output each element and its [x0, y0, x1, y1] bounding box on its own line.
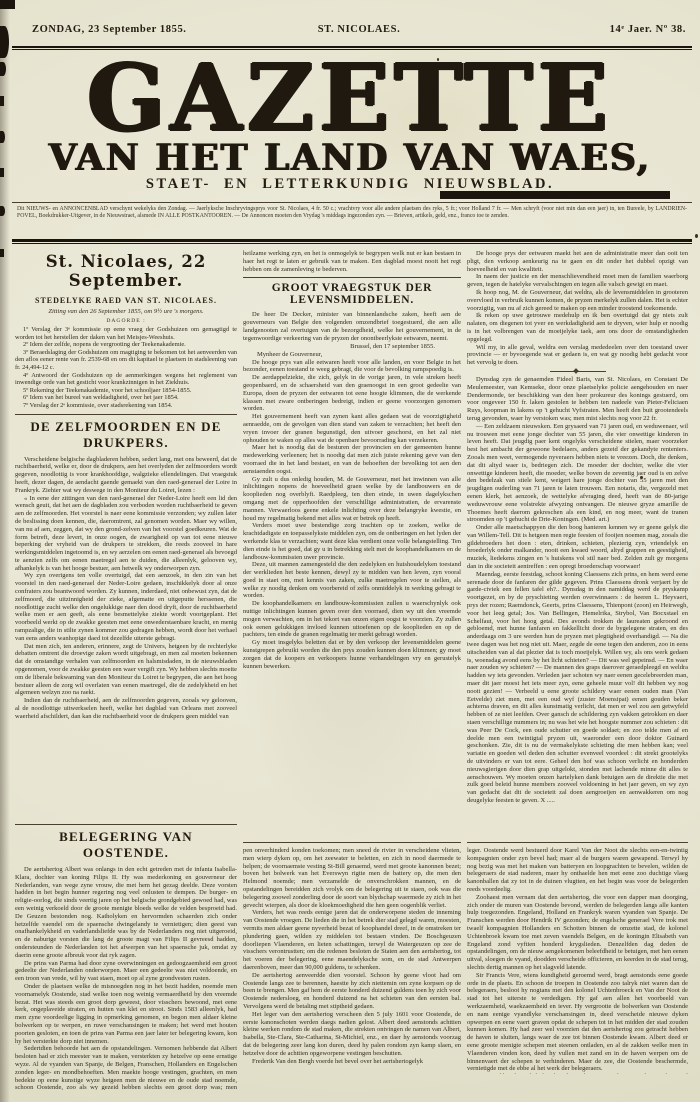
letter-paragraph: De hooge prys der eetwaren maekt het aen… [467, 250, 688, 273]
section-divider [467, 842, 688, 843]
article-paragraph: Wy zyn overigens ten volle overtuigd, da… [15, 572, 237, 642]
letter-paragraph: Het gouvernement heeft van zynen kant al… [243, 413, 461, 444]
column-left-top: St. Nicolaes, 22 September. STEDELYKE RA… [15, 250, 237, 820]
siege-article-middle: pen onverhinderd konden toekomen; men sn… [243, 838, 461, 1082]
agenda-item: 6º Idem van het bureel van weldadigheid,… [15, 394, 237, 402]
column-middle-top: heilzame werking zyn, en het is onmogely… [243, 250, 461, 838]
header-date: ZONDAG, 23 September 1855. [32, 24, 250, 35]
article-paragraph: « In eene der zittingen van den raed-gen… [15, 495, 237, 573]
article-paragraph: Verscheidene belgische dagbladeren hebbe… [15, 456, 237, 495]
article-paragraph: Indien dan de ruchtbaerheid, aen de zelf… [15, 697, 237, 720]
agenda-label: DAGORDE : [15, 318, 237, 324]
letter-paragraph: Ik hoop nog, M. de Gouverneur, dat weldr… [467, 289, 688, 312]
dateline-heading: St. Nicolaes, 22 September. [15, 252, 237, 290]
letter-paragraph: De aerdappelziekte, die zich, gelyk in d… [243, 374, 461, 413]
subscription-notice: Dit NIEUWS- en ANNONCENBLAD verschynt we… [12, 202, 692, 238]
article-paragraph: Frederik Van den Bergh voerde het bevel … [243, 1058, 461, 1066]
suicides-article-body: Verscheidene belgische dagbladeren hebbe… [15, 456, 237, 721]
letter-dateline: Brussel, den 17 september 1855. [243, 343, 461, 351]
news-item: — Een zeldzaem nieuwsken. Een grysaerd v… [467, 423, 688, 524]
letter-paragraph: In naem der justicie en der menschlieven… [467, 273, 688, 289]
food-article-intro: De heer De Decker, minister van binnenla… [243, 311, 461, 342]
section-divider [243, 277, 461, 278]
agenda-list: 1º Verslag der 3ᵉ kommissie op eene vrae… [15, 326, 237, 410]
letter-paragraph: Deze, uit mannen zamengesteld die den ze… [243, 561, 461, 600]
siege-article-body-left: De aertshertog Albert was onlangs in den… [15, 866, 237, 1090]
article-paragraph: Het leger van den aertshertog verscheen … [243, 1011, 461, 1058]
food-article-heading: GROOT VRAEGSTUK DER LEVENSMIDDELEN. [243, 282, 461, 306]
agenda-item: 2º Idem der zelfde, nopens de vergrootin… [15, 341, 237, 349]
agenda-item: 4º Antwoord der Godshuizen op de aenmerk… [15, 372, 237, 387]
letter-salutation: Mynheer de Gouverneur, [243, 351, 461, 359]
scan-artifact [0, 206, 5, 216]
siege-article-right: leger. Oostende werd bestuerd door Karel… [467, 838, 688, 1074]
letter-continuation: De hooge prys der eetwaren maekt het aen… [467, 250, 688, 367]
section-divider [15, 824, 237, 825]
news-item: Onder alle maetschappyen die den boog ha… [467, 524, 688, 571]
letter-paragraph: Verders moet uwe bestendige zorg trachte… [243, 522, 461, 561]
page-header: ZONDAG, 23 September 1855. ST. NICOLAES.… [32, 24, 686, 35]
siege-article-heading: BELEGERING VAN OOSTENDE. [15, 829, 237, 861]
ornament-divider [550, 371, 606, 372]
section-divider [15, 414, 237, 415]
letter-body: De hooge prys van alle eetwaren heeft vo… [243, 359, 461, 671]
ink-speck [695, 234, 698, 238]
column-right-top: De hooge prys der eetwaren maekt het aen… [467, 250, 688, 838]
article-paragraph: De aertshertog aenveerdde dien voorstel.… [243, 972, 461, 1011]
news-item: Dynsdag zyn de genaemden Fideel Baris, v… [467, 376, 688, 423]
letter-paragraph: Wil my, in alle geval, weldra een versla… [467, 344, 688, 367]
article-paragraph: Dat men zich, ten anderen, erinnere, zeg… [15, 643, 237, 698]
header-place: ST. NICOLAES. [250, 24, 468, 35]
suicides-article-continuation: heilzame werking zyn, en het is onmogely… [243, 250, 461, 273]
letter-paragraph: Gy zult u dus onledig houden, M. de Gouv… [243, 476, 461, 523]
article-paragraph: pen onverhinderd konden toekomen; men sn… [243, 847, 461, 909]
scan-artifact [0, 0, 15, 9]
council-heading: STEDELYKE RAED VAN ST. NICOLAES. [15, 296, 237, 305]
letter-paragraph: Gy moet insgelyks beletten dat er by den… [243, 639, 461, 670]
newspaper-page: ZONDAG, 23 September 1855. ST. NICOLAES.… [0, 0, 700, 1102]
article-paragraph: leger. Oostende werd bestuerd door Karel… [467, 847, 688, 894]
local-news: Dynsdag zyn de genaemden Fideel Baris, v… [467, 376, 688, 805]
news-item: Maendag, eerste feestdag, schoot koning … [467, 571, 688, 805]
article-paragraph: Zoohaest men vernam dat den aertshertog,… [467, 894, 688, 972]
article-paragraph: De aertshertog Albert was onlangs in den… [15, 866, 237, 960]
letter-paragraph: Ik reken op uwe getrouwe medehulp en ik … [467, 312, 688, 343]
siege-article-body-right: leger. Oostende werd bestuerd door Karel… [467, 847, 688, 1074]
header-issue-number: 14ᵉ Jaer. Nº 38. [468, 24, 686, 35]
letter-paragraph: De hooge prys van alle eetwaren heeft vo… [243, 359, 461, 375]
article-paragraph: De prins van Parma had door zyne overwin… [15, 960, 237, 983]
article-paragraph: Sedertdien behoorde het aen de opstandel… [15, 1045, 237, 1090]
scan-artifact [0, 249, 4, 257]
letter-paragraph: Maer het is noodig dat de besturen der p… [243, 444, 461, 475]
siege-article-left: BELEGERING VAN OOSTENDE. De aertshertog … [15, 820, 237, 1090]
article-paragraph: Verders, het was reeds eenige jaren dat … [243, 909, 461, 971]
heavy-rule-segment [440, 191, 670, 199]
article-paragraph: De vyand beschoot de bolwerken der stad … [467, 1073, 688, 1074]
suicides-article-heading: DE ZELFMOORDEN EN DE DRUKPERS. [15, 419, 237, 451]
agenda-item: 3º Beraedslaging der Godshuizen om magti… [15, 349, 237, 372]
article-paragraph: Sir Francis Vere, wiens kundigheid geroe… [467, 972, 688, 1073]
siege-article-body-middle: pen onverhinderd konden toekomen; men sn… [243, 847, 461, 1065]
masthead-title: GAZETTE [0, 52, 700, 144]
agenda-item: 7º Verslag der 2ᵉ kommissie, over stadsr… [15, 402, 237, 410]
section-divider [243, 842, 461, 843]
masthead-subtitle: VAN HET LAND VAN WAES, [0, 140, 700, 176]
agenda-item: 1º Verslag der 3ᵉ kommissie op eene vrae… [15, 326, 237, 341]
council-session-line: Zitting van den 26 September 1855, om 9½… [15, 308, 237, 315]
article-paragraph: Onder de plaetsen welke de misnoegden no… [15, 983, 237, 1045]
letter-paragraph: De koophandelkamers en landbouw-kommissi… [243, 600, 461, 639]
agenda-item: 5º Rekening der Teekenakademie, voor het… [15, 387, 237, 395]
masthead-bottom-rule [12, 239, 692, 244]
